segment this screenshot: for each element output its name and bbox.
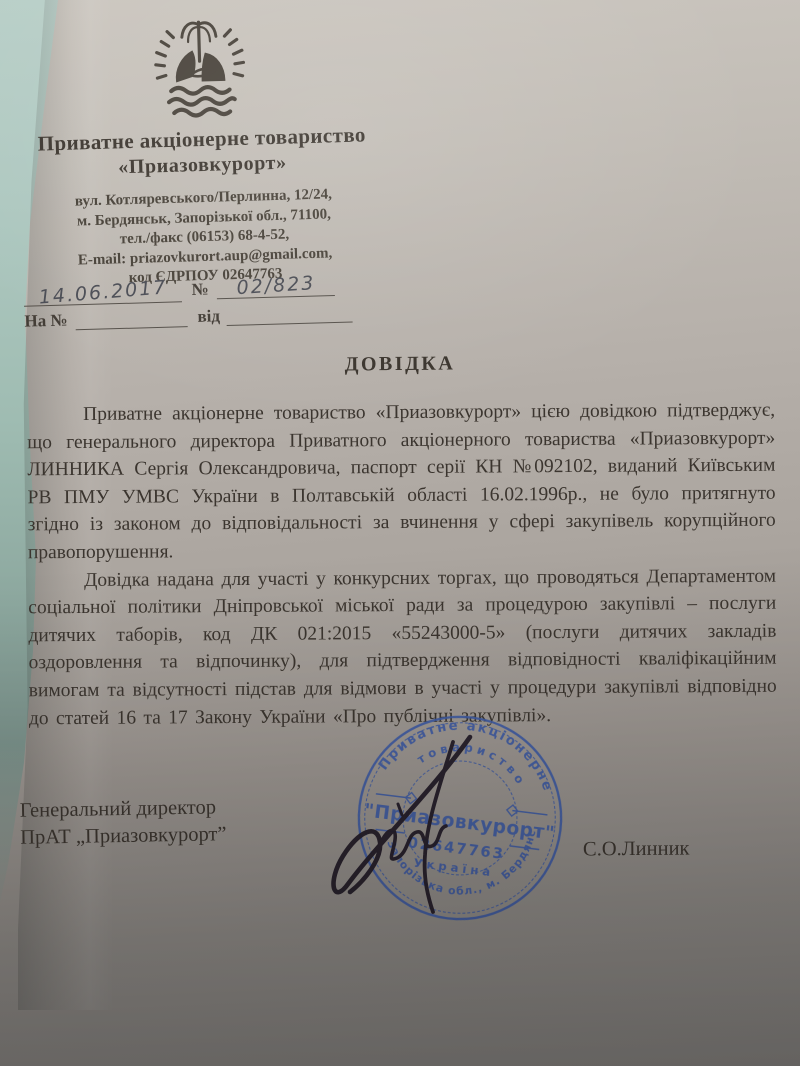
on-number-label: На № — [24, 310, 68, 331]
reference-block: 14.06.2017 № 02/823 На № від — [23, 272, 360, 331]
signoff-position: Генеральний директор ПрАТ „Приазовкурорт… — [20, 794, 227, 852]
handwritten-number: 02/823 — [236, 272, 316, 299]
company-name: Приватне акціонерне товариство «Приазовк… — [15, 121, 388, 183]
from-label: від — [197, 306, 220, 327]
document-body: Приватне акціонерне товариство «Приазовк… — [27, 397, 777, 733]
outgoing-number-field: 02/823 — [216, 273, 335, 299]
document-photo: Приватне акціонерне товариство «Приазовк… — [0, 0, 800, 1066]
signoff-position-line1: Генеральний директор — [20, 794, 227, 825]
signoff-position-line2: ПрАТ „Приазовкурорт” — [20, 821, 227, 852]
director-signature — [305, 712, 515, 927]
letterhead: Приватне акціонерне товариство «Приазовк… — [12, 5, 392, 292]
fountain-logo-icon — [134, 8, 265, 124]
body-paragraph-1: Приватне акціонерне товариство «Приазовк… — [27, 397, 776, 567]
date-field: 14.06.2017 — [23, 279, 182, 306]
number-sign-label: № — [191, 280, 209, 300]
logo-wrap — [12, 5, 387, 127]
signer-name: С.О.Линник — [583, 838, 690, 862]
